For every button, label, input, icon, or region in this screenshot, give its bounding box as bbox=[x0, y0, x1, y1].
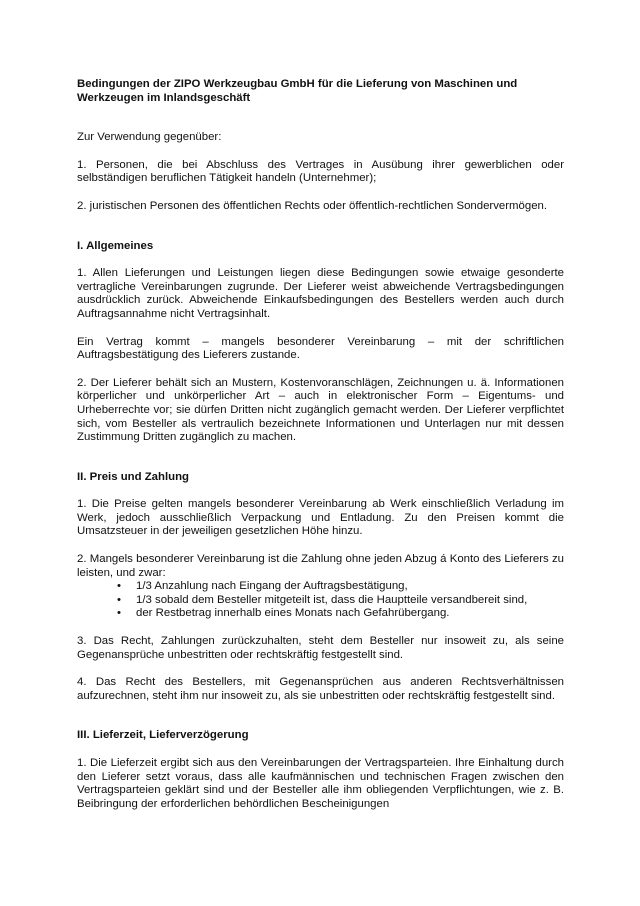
paragraph: 2. Mangels besonderer Vereinbarung ist d… bbox=[77, 553, 564, 580]
paragraph: 1. Allen Lieferungen und Leistungen lieg… bbox=[77, 267, 564, 321]
intro-text: Zur Verwendung gegenüber: bbox=[77, 131, 564, 145]
section-heading-allgemeines: I. Allgemeines bbox=[77, 240, 564, 254]
document-title: Bedingungen der ZIPO Werkzeugbau GmbH fü… bbox=[77, 78, 564, 105]
paragraph: 2. Der Lieferer behält sich an Mustern, … bbox=[77, 377, 564, 445]
list-item: 1/3 Anzahlung nach Eingang der Auftragsb… bbox=[117, 580, 564, 594]
payment-terms-list: 1/3 Anzahlung nach Eingang der Auftragsb… bbox=[77, 580, 564, 621]
intro-item-1: 1. Personen, die bei Abschluss des Vertr… bbox=[77, 159, 564, 186]
section-heading-lieferzeit: III. Lieferzeit, Lieferverzögerung bbox=[77, 729, 564, 743]
list-item: der Restbetrag innerhalb eines Monats na… bbox=[117, 607, 564, 621]
paragraph: 1. Die Preise gelten mangels besonderer … bbox=[77, 498, 564, 539]
paragraph: Ein Vertrag kommt – mangels besonderer V… bbox=[77, 336, 564, 363]
section-heading-preis-und-zahlung: II. Preis und Zahlung bbox=[77, 471, 564, 485]
list-item: 1/3 sobald dem Besteller mitgeteilt ist,… bbox=[117, 594, 564, 608]
paragraph: 4. Das Recht des Bestellers, mit Gegenan… bbox=[77, 676, 564, 703]
paragraph: 1. Die Lieferzeit ergibt sich aus den Ve… bbox=[77, 757, 564, 811]
intro-item-2: 2. juristischen Personen des öffentliche… bbox=[77, 200, 564, 214]
document-page: Bedingungen der ZIPO Werkzeugbau GmbH fü… bbox=[77, 78, 564, 811]
paragraph: 3. Das Recht, Zahlungen zurückzuhalten, … bbox=[77, 635, 564, 662]
